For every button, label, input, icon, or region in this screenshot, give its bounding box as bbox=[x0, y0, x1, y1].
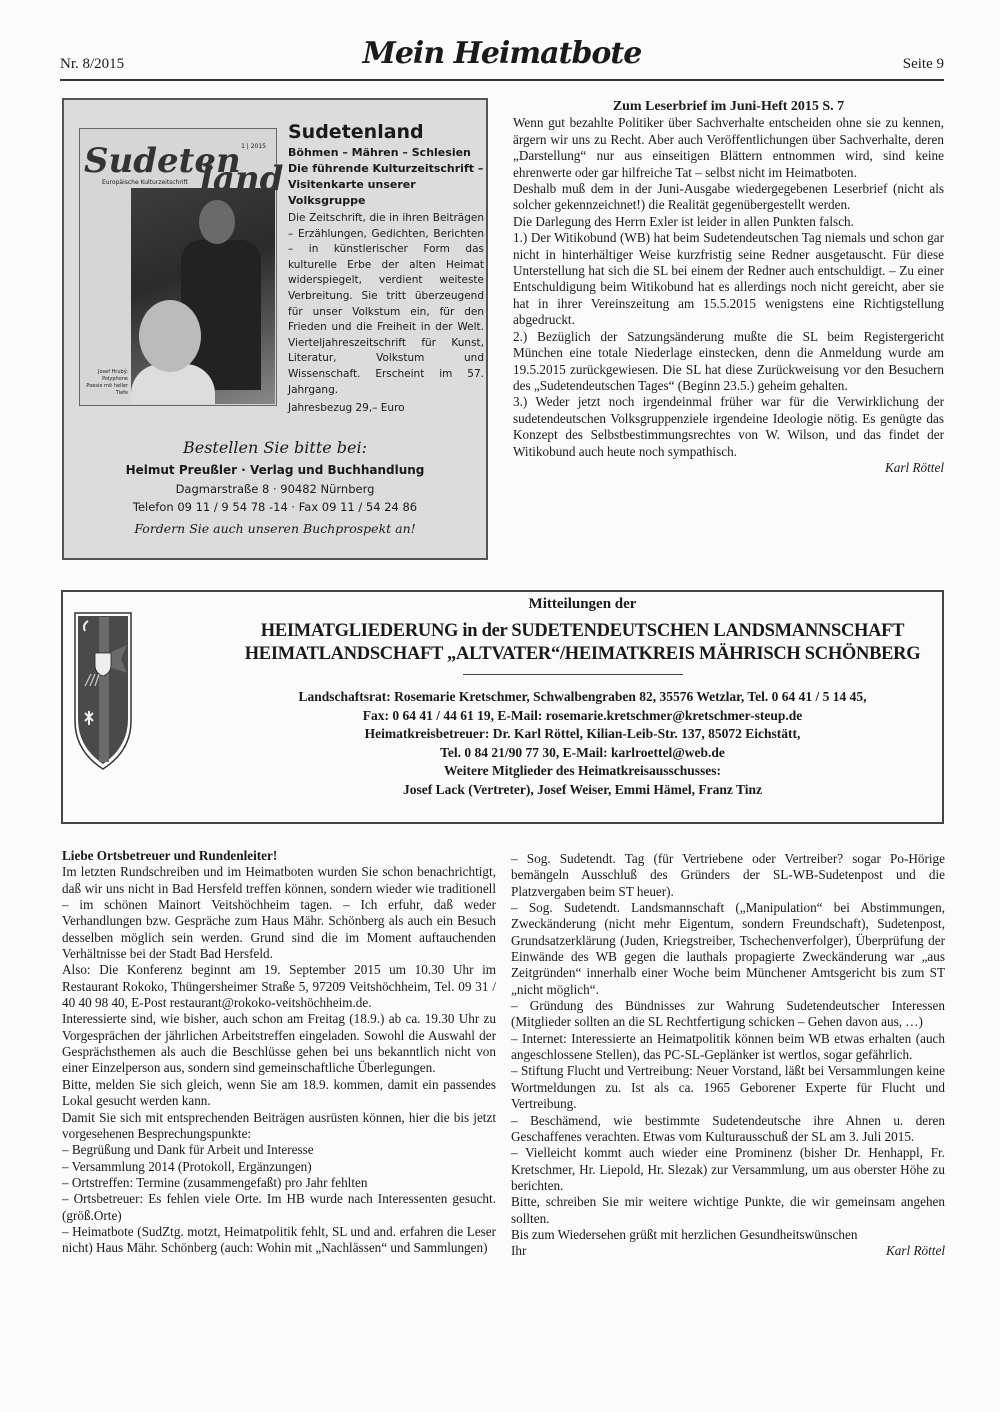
cover-subtitle: Europäische Kulturzeitschrift bbox=[102, 179, 188, 186]
prospect-note: Fordern Sie auch unseren Buchprospekt an… bbox=[64, 518, 486, 540]
agenda-item: – Begrüßung und Dank für Arbeit und Inte… bbox=[62, 1142, 496, 1158]
circular-left-column: Liebe Ortsbetreuer und Rundenleiter! Im … bbox=[62, 848, 496, 1257]
magazine-cover-image: Sudeten land 1 | 2015 Europäische Kultur… bbox=[79, 128, 277, 406]
closing-line: Ihr Karl Röttel bbox=[511, 1243, 945, 1259]
ad-tagline: Die führende Kulturzeitschrift – Visiten… bbox=[288, 161, 484, 209]
publisher-address: Dagmarstraße 8 · 90482 Nürnberg bbox=[64, 480, 486, 498]
article-paragraph: Deshalb muß dem in der Juni-Ausgabe wied… bbox=[513, 181, 944, 214]
agenda-item: – Ortsbetreuer: Es fehlen viele Orte. Im… bbox=[62, 1191, 496, 1224]
contact-line: Landschaftsrat: Rosemarie Kretschmer, Sc… bbox=[223, 688, 942, 707]
agenda-item: – Internet: Interessierte an Heimatpolit… bbox=[511, 1031, 945, 1064]
header-divider bbox=[60, 79, 944, 81]
circular-paragraph: Bis zum Wiedersehen grüßt mit herzlichen… bbox=[511, 1227, 945, 1243]
banner-title-line1: HEIMATGLIEDERUNG in der SUDETENDEUTSCHEN… bbox=[223, 620, 942, 643]
contact-line: Josef Lack (Vertreter), Josef Weiser, Em… bbox=[223, 781, 942, 800]
ad-description: Sudetenland Böhmen – Mähren – Schlesien … bbox=[288, 120, 484, 416]
article-signature: Karl Röttel bbox=[513, 460, 944, 476]
heimatgliederung-banner: Mitteilungen der HEIMATGLIEDERUNG in der… bbox=[61, 590, 944, 824]
circular-signature: Karl Röttel bbox=[886, 1243, 945, 1259]
article-paragraph: Wenn gut bezahlte Politiker über Sachver… bbox=[513, 115, 944, 181]
shield-emblem-icon bbox=[73, 606, 133, 776]
sudetenland-advertisement: Sudeten land 1 | 2015 Europäische Kultur… bbox=[62, 98, 488, 560]
banner-title: HEIMATGLIEDERUNG in der SUDETENDEUTSCHEN… bbox=[223, 620, 942, 666]
circular-paragraph: Bitte, schreiben Sie mir weitere wichtig… bbox=[511, 1194, 945, 1227]
banner-divider bbox=[463, 674, 683, 675]
agenda-item: – Versammlung 2014 (Protokoll, Ergänzung… bbox=[62, 1159, 496, 1175]
agenda-item: – Gründung des Bündnisses zur Wahrung Su… bbox=[511, 998, 945, 1031]
circular-heading: Liebe Ortsbetreuer und Rundenleiter! bbox=[62, 848, 496, 864]
agenda-item: – Vielleicht kommt auch wieder eine Prom… bbox=[511, 1145, 945, 1194]
publisher-phone: Telefon 09 11 / 9 54 78 -14 · Fax 09 11 … bbox=[64, 498, 486, 516]
contact-line: Tel. 0 84 21/90 77 30, E-Mail: karlroett… bbox=[223, 744, 942, 763]
masthead-title: Mein Heimatbote bbox=[60, 36, 944, 71]
publisher-name: Helmut Preußler · Verlag und Buchhandlun… bbox=[64, 460, 486, 480]
circular-paragraph: Bitte, melden Sie sich gleich, wenn Sie … bbox=[62, 1077, 496, 1110]
agenda-item: – Ortstreffen: Termine (zusammengefaßt) … bbox=[62, 1175, 496, 1191]
agenda-item: – Heimatbote (SudZtg. motzt, Heimatpolit… bbox=[62, 1224, 496, 1257]
article-heading: Zum Leserbrief im Juni-Heft 2015 S. 7 bbox=[513, 99, 944, 115]
letter-article: Zum Leserbrief im Juni-Heft 2015 S. 7 We… bbox=[513, 99, 944, 476]
circular-right-column: – Sog. Sudetendt. Tag (für Vertriebene o… bbox=[511, 851, 945, 1260]
circular-paragraph: Interessierte sind, wie bisher, auch sch… bbox=[62, 1011, 496, 1076]
circular-paragraph: Damit Sie sich mit entsprechenden Beiträ… bbox=[62, 1110, 496, 1143]
circular-paragraph: Also: Die Konferenz beginnt am 19. Septe… bbox=[62, 962, 496, 1011]
page-number: Seite 9 bbox=[903, 56, 944, 73]
contact-line: Weitere Mitglieder des Heimatkreisaussch… bbox=[223, 762, 942, 781]
page-header: Nr. 8/2015 Mein Heimatbote Seite 9 bbox=[60, 32, 944, 80]
banner-intro: Mitteilungen der bbox=[63, 596, 942, 613]
banner-title-line2: HEIMATLANDSCHAFT „ALTVATER“/HEIMATKREIS … bbox=[223, 643, 942, 666]
agenda-item: – Sog. Sudetendt. Tag (für Vertriebene o… bbox=[511, 851, 945, 900]
cover-caption: Josef Hrubý: Polyphone Poesie mit heller… bbox=[86, 369, 128, 397]
cover-issue: 1 | 2015 bbox=[241, 143, 266, 150]
article-paragraph: 2.) Bezüglich der Satzungsänderung mußte… bbox=[513, 329, 944, 395]
cover-photo bbox=[131, 188, 275, 404]
agenda-item: – Beschämend, wie bestimmte Sudetendeuts… bbox=[511, 1113, 945, 1146]
banner-contacts: Landschaftsrat: Rosemarie Kretschmer, Sc… bbox=[223, 688, 942, 799]
circular-paragraph: Im letzten Rundschreiben und im Heimatbo… bbox=[62, 864, 496, 962]
ad-price: Jahresbezug 29,– Euro bbox=[288, 400, 484, 416]
order-info: Bestellen Sie bitte bei: Helmut Preußler… bbox=[64, 436, 486, 540]
article-paragraph: 3.) Weder jetzt noch irgendeinmal früher… bbox=[513, 394, 944, 460]
agenda-item: – Stiftung Flucht und Vertreibung: Neuer… bbox=[511, 1063, 945, 1112]
order-heading: Bestellen Sie bitte bei: bbox=[64, 436, 486, 460]
agenda-item: – Sog. Sudetendt. Landsmannschaft („Mani… bbox=[511, 900, 945, 998]
ad-body: Die Zeitschrift, die in ihren Beiträgen … bbox=[288, 211, 484, 398]
ad-regions: Böhmen – Mähren – Schlesien bbox=[288, 144, 484, 161]
article-paragraph: Die Darlegung des Herrn Exler ist leider… bbox=[513, 214, 944, 230]
contact-line: Fax: 0 64 41 / 44 61 19, E-Mail: rosemar… bbox=[223, 707, 942, 726]
contact-line: Heimatkreisbetreuer: Dr. Karl Röttel, Ki… bbox=[223, 725, 942, 744]
article-paragraph: 1.) Der Witikobund (WB) hat beim Sudeten… bbox=[513, 230, 944, 328]
closing-word: Ihr bbox=[511, 1243, 526, 1259]
ad-title: Sudetenland bbox=[288, 120, 484, 144]
